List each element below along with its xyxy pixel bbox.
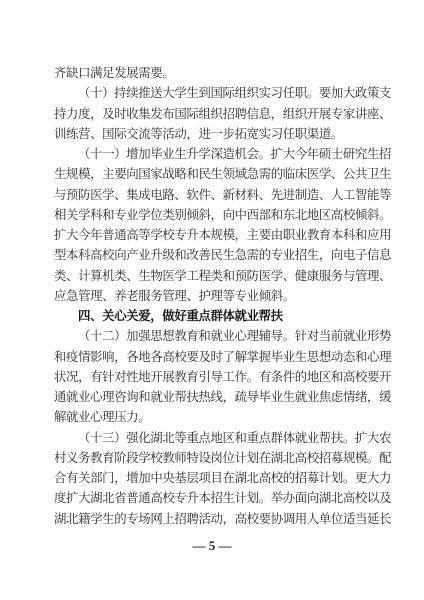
text-line: 训练营、国际交流等活动，进一步拓宽实习任职渠道。 xyxy=(54,124,372,144)
text-line: 度扩大湖北省普通高校专升本招生计划。举办面向湖北高校以及 xyxy=(54,488,372,508)
item-13-title-line: （十三）强化湖北等重点地区和重点群体就业帮扶。扩大农 xyxy=(54,428,372,448)
item-10-title-line: （十）持续推送大学生到国际组织实习任职。要加大政策支 xyxy=(54,83,372,103)
text-line: 持力度，及时收集发布国际组织招聘信息，组织开展专家讲座、 xyxy=(54,104,372,124)
text-line: 相关学科和专业学位类别倾斜，向中西部和东北地区高校倾斜。 xyxy=(54,205,372,225)
text-line: 合有关部门，增加中央基层项目在湖北高校的招募计划。更大力 xyxy=(54,468,372,488)
text-line: 通就业心理咨询和就业帮扶热线，疏导毕业生就业焦虑情绪，缓 xyxy=(54,387,372,407)
text-line: 扩大今年普通高等学校专升本规模，主要由职业教育本科和应用 xyxy=(54,225,372,245)
body-text: 齐缺口满足发展需要。 （十）持续推送大学生到国际组织实习任职。要加大政策支 持力… xyxy=(54,63,372,529)
text-line: 湖北籍学生的专场网上招聘活动，高校要协调用人单位适当延长 xyxy=(54,509,372,529)
item-12-title-line: （十二）加强思想教育和就业心理辅导。针对当前就业形势 xyxy=(54,326,372,346)
text-line: 解就业心理压力。 xyxy=(54,407,372,427)
page-number: — 5 — xyxy=(0,538,424,554)
text-line: 类、计算机类、生物医学工程类和预防医学、健康服务与管理、 xyxy=(54,266,372,286)
text-line: 生规模，主要向国家战略和民生领域急需的临床医学、公共卫生 xyxy=(54,164,372,184)
text-line: 应急管理、养老服务管理、护理等专业倾斜。 xyxy=(54,286,372,306)
document-page: 齐缺口满足发展需要。 （十）持续推送大学生到国际组织实习任职。要加大政策支 持力… xyxy=(0,0,424,600)
text-line: 齐缺口满足发展需要。 xyxy=(54,63,372,83)
text-line: 与预防医学、集成电路、软件、新材料、先进制造、人工智能等 xyxy=(54,185,372,205)
text-line: 型本科高校向产业升级和改善民生急需的专业招生，向电子信息 xyxy=(54,245,372,265)
text-line: 和疫情影响，各地各高校要及时了解掌握毕业生思想动态和心理 xyxy=(54,347,372,367)
item-11-title-line: （十一）增加毕业生升学深造机会。扩大今年硕士研究生招 xyxy=(54,144,372,164)
text-line: 村义务教育阶段学校教师特设岗位计划在湖北高校招募规模。配 xyxy=(54,448,372,468)
text-line: 状况，有针对性地开展教育引导工作。有条件的地区和高校要开 xyxy=(54,367,372,387)
section-heading: 四、关心关爱，做好重点群体就业帮扶 xyxy=(54,306,372,326)
